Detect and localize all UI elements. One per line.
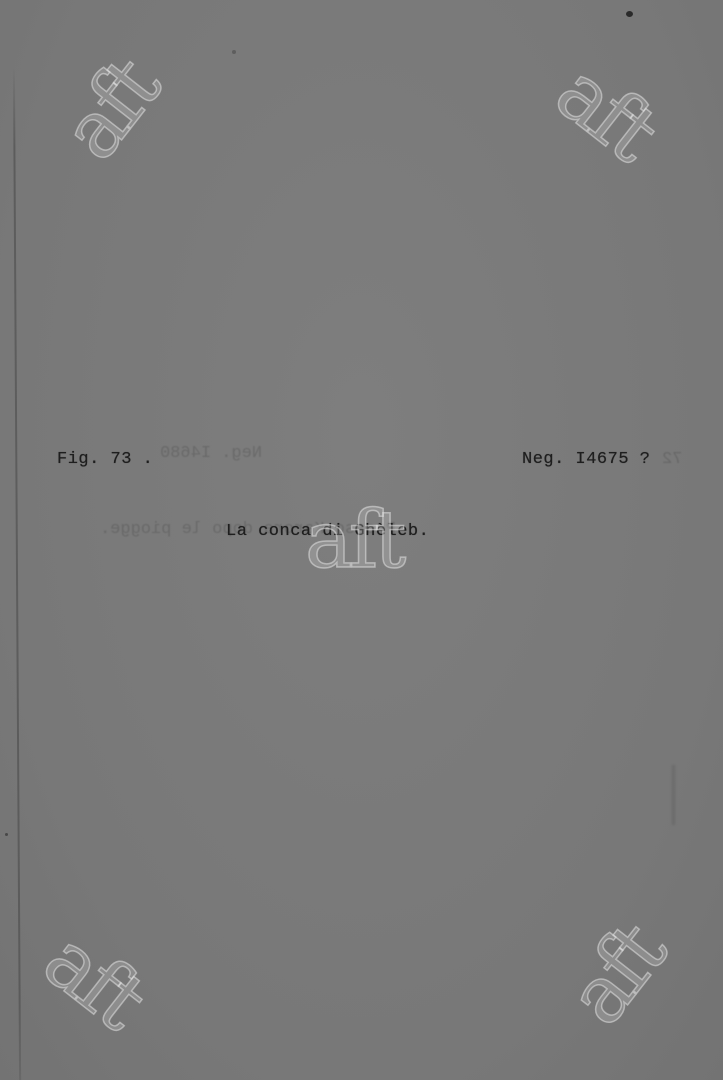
dust-speck <box>5 833 8 836</box>
watermark-top-right: aft <box>543 50 669 173</box>
scanned-card: Neg. I4680 72 Presso Karora dopo le piog… <box>0 0 723 1080</box>
dust-speck <box>626 11 633 17</box>
watermark-center: aft <box>305 500 402 580</box>
negative-number: Neg. I4675 ? <box>522 450 650 469</box>
card-edge-line <box>13 65 21 1080</box>
watermark-bottom-right: aft <box>555 912 678 1038</box>
paper-crease <box>672 765 675 825</box>
watermark-top-left: aft <box>49 47 172 173</box>
figure-label: Fig. 73 . <box>57 450 153 469</box>
watermark-bottom-left: aft <box>31 918 157 1041</box>
dust-speck <box>232 50 236 54</box>
show-through-negative: Neg. I4680 <box>160 444 262 463</box>
show-through-fragment: 72 <box>662 450 682 469</box>
